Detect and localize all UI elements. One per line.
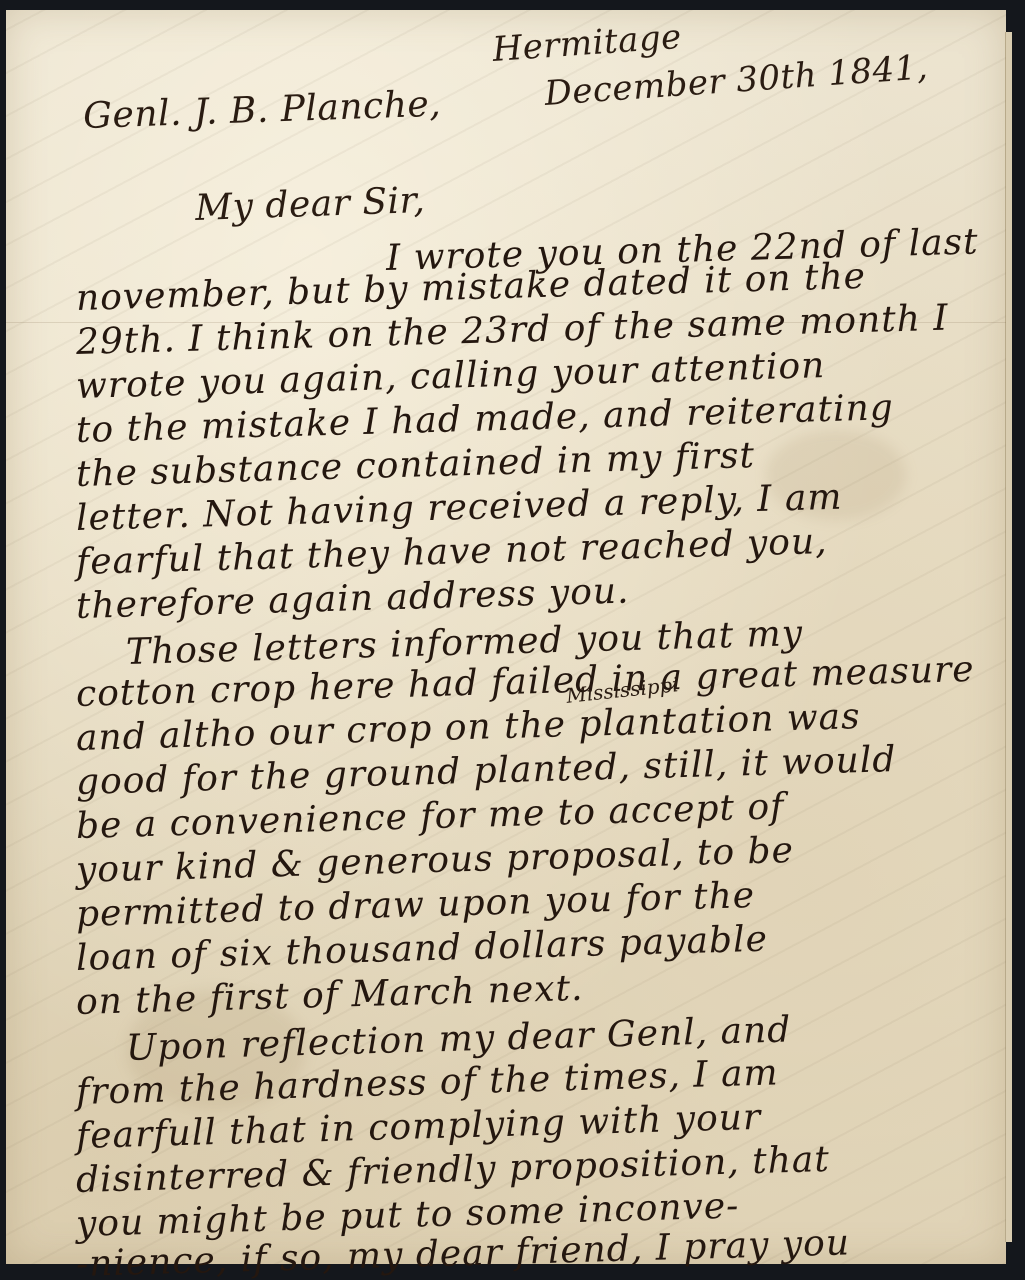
scanned-letter: Hermitage December 30th 1841, Genl. J. B…	[0, 0, 1025, 1280]
salutation: My dear Sir,	[195, 180, 426, 229]
paper-sheet: Hermitage December 30th 1841, Genl. J. B…	[6, 10, 1006, 1264]
letter-place: Hermitage	[491, 17, 683, 70]
addressee: Genl. J. B. Planche,	[83, 84, 442, 137]
paper-edge	[1005, 32, 1012, 1242]
